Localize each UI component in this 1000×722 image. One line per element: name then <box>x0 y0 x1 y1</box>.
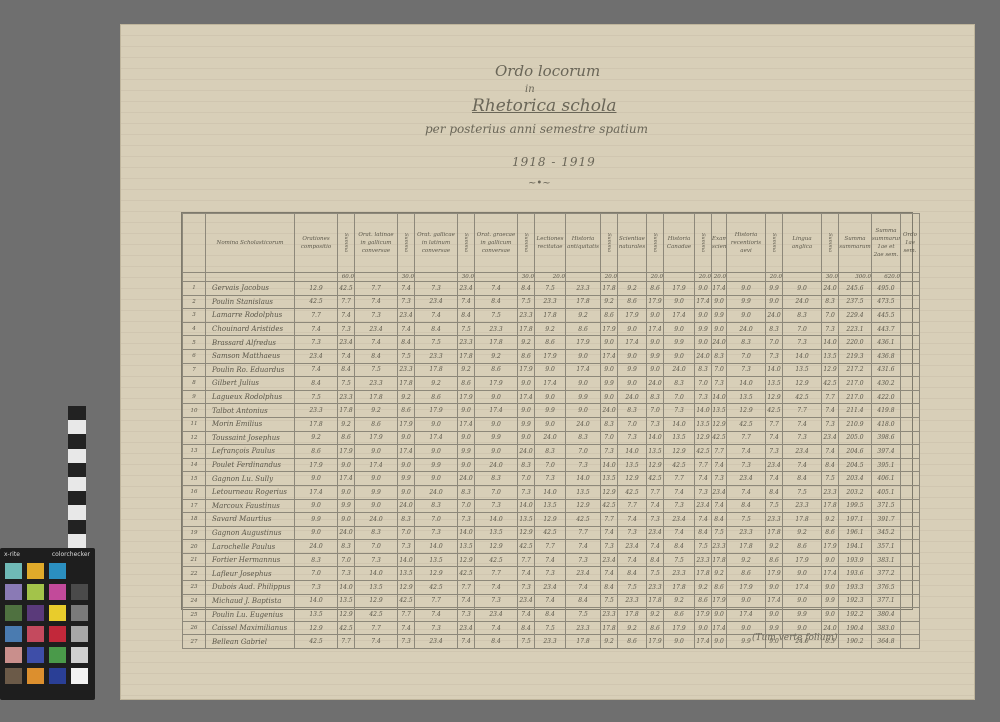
table-row: 9Lagueux Rodolphus7.523.317.89.28.617.99… <box>183 390 920 404</box>
column-max <box>295 273 338 282</box>
semester-total: 204.6 <box>839 445 872 459</box>
grade-cell: 24.0 <box>712 336 727 350</box>
grade-cell: 8.3 <box>295 553 338 567</box>
grade-cell: 7.7 <box>664 472 695 486</box>
grade-cell: 7.3 <box>822 417 839 431</box>
grade-cell: 24.0 <box>727 322 766 336</box>
semester-total: 219.3 <box>839 349 872 363</box>
color-swatch <box>27 647 44 663</box>
column-max: 30.0 <box>822 273 839 282</box>
grade-cell: 9.0 <box>712 295 727 309</box>
grade-cell: 13.5 <box>566 485 601 499</box>
grade-cell: 9.2 <box>695 581 712 595</box>
grade-cell: 13.5 <box>601 472 618 486</box>
rank-cell <box>901 540 920 554</box>
student-name: Poulin Lu. Eugenius <box>206 608 295 622</box>
grade-cell: 9.0 <box>766 608 783 622</box>
grade-cell: 9.9 <box>647 349 664 363</box>
grade-cell: 7.0 <box>475 485 518 499</box>
color-swatch <box>71 605 88 621</box>
grade-cell: 13.5 <box>415 553 458 567</box>
grade-cell: 7.4 <box>535 553 566 567</box>
grade-cell: 42.5 <box>415 581 458 595</box>
grade-cell: 13.5 <box>647 445 664 459</box>
column-max <box>727 273 766 282</box>
table-row: 13Lefrançois Paulus8.617.99.017.49.09.99… <box>183 445 920 459</box>
grade-cell: 12.9 <box>664 445 695 459</box>
year-total: 418.0 <box>872 417 901 431</box>
table-row: 2Poulin Stanislaus42.57.77.47.323.47.48.… <box>183 295 920 309</box>
grade-cell: 17.9 <box>458 390 475 404</box>
grade-cell: 9.0 <box>535 390 566 404</box>
grade-cell: 9.2 <box>601 295 618 309</box>
grade-cell: 8.6 <box>618 295 647 309</box>
grade-cell: 17.4 <box>822 567 839 581</box>
grade-cell: 7.5 <box>415 336 458 350</box>
table-row: 18Savard Maurtius9.99.024.08.37.07.314.0… <box>183 513 920 527</box>
grade-cell: 17.4 <box>695 635 712 649</box>
grade-cell: 9.9 <box>712 309 727 323</box>
column-header: Scientiae naturales <box>618 214 647 273</box>
grade-cell: 24.0 <box>766 309 783 323</box>
rank-cell <box>901 390 920 404</box>
grade-cell: 9.9 <box>822 594 839 608</box>
rank-cell <box>901 431 920 445</box>
grade-cell: 9.0 <box>664 295 695 309</box>
grade-cell: 7.3 <box>766 445 783 459</box>
grade-cell: 7.4 <box>566 540 601 554</box>
column-max: 620.0 <box>872 273 901 282</box>
year-total: 377.1 <box>872 594 901 608</box>
column-max: 20.0 <box>647 273 664 282</box>
grade-cell: 9.0 <box>601 336 618 350</box>
grade-cell: 7.3 <box>475 499 518 513</box>
ornament: ~•~ <box>528 178 551 189</box>
grade-cell: 8.6 <box>822 526 839 540</box>
grade-cell: 7.3 <box>398 635 415 649</box>
color-swatch <box>71 584 88 600</box>
row-number: 5 <box>183 336 206 350</box>
semester-total: 217.0 <box>839 390 872 404</box>
grade-cell: 42.5 <box>518 540 535 554</box>
grade-cell: 17.4 <box>475 404 518 418</box>
grade-cell: 7.7 <box>566 526 601 540</box>
grade-cell: 7.0 <box>712 363 727 377</box>
grade-cell: 9.2 <box>618 621 647 635</box>
grade-cell: 8.3 <box>518 458 535 472</box>
grade-cell: 7.3 <box>618 526 647 540</box>
grade-cell: 13.5 <box>458 540 475 554</box>
grade-cell: 23.3 <box>783 499 822 513</box>
grayscale-strip <box>68 406 86 548</box>
grade-cell: 13.5 <box>695 417 712 431</box>
grade-cell: 17.9 <box>518 363 535 377</box>
table-row: 8Gilbert Julius8.47.523.317.89.28.617.99… <box>183 377 920 391</box>
grade-cell: 7.7 <box>338 635 355 649</box>
grade-cell: 42.5 <box>727 417 766 431</box>
semester-total: 196.1 <box>839 526 872 540</box>
grade-cell: 7.4 <box>475 621 518 635</box>
grade-cell: 7.4 <box>355 336 398 350</box>
grade-cell: 17.9 <box>415 404 458 418</box>
row-number: 26 <box>183 621 206 635</box>
grade-cell: 9.0 <box>295 499 338 513</box>
student-name: Letourneau Rogerius <box>206 485 295 499</box>
grade-cell: 7.5 <box>695 540 712 554</box>
column-max: 30.0 <box>458 273 475 282</box>
grade-cell: 9.0 <box>783 282 822 296</box>
grade-cell: 9.9 <box>458 445 475 459</box>
grade-cell: 17.9 <box>695 608 712 622</box>
grade-cell: 42.5 <box>338 621 355 635</box>
grade-cell: 8.4 <box>518 621 535 635</box>
grade-cell: 12.9 <box>295 282 338 296</box>
grade-cell: 8.6 <box>535 336 566 350</box>
grade-cell: 7.3 <box>695 485 712 499</box>
semester-total: 245.6 <box>839 282 872 296</box>
grade-cell: 7.7 <box>295 309 338 323</box>
grade-cell: 9.0 <box>618 322 647 336</box>
grade-cell: 23.4 <box>338 336 355 350</box>
grade-cell: 9.2 <box>355 404 398 418</box>
grade-cell: 23.3 <box>398 363 415 377</box>
grade-cell: 14.0 <box>822 336 839 350</box>
grade-cell: 17.4 <box>601 349 618 363</box>
grade-cell: 23.3 <box>664 567 695 581</box>
grade-cell: 7.3 <box>458 608 475 622</box>
grade-cell: 24.0 <box>518 445 535 459</box>
grade-cell: 8.6 <box>647 621 664 635</box>
column-header: Summa <box>398 214 415 273</box>
table-row: 16Letourneau Rogerius17.49.09.99.024.08.… <box>183 485 920 499</box>
grade-cell: 17.8 <box>566 635 601 649</box>
grade-cell: 8.4 <box>618 567 647 581</box>
grade-cell: 9.9 <box>338 499 355 513</box>
grade-cell: 9.2 <box>601 635 618 649</box>
rank-cell <box>901 499 920 513</box>
grade-cell: 8.3 <box>355 526 398 540</box>
title-line-1: Ordo locorum <box>495 62 600 80</box>
grade-cell: 9.0 <box>664 635 695 649</box>
row-number: 14 <box>183 458 206 472</box>
grade-cell: 17.4 <box>618 336 647 350</box>
column-header: Summa <box>766 214 783 273</box>
column-header: Summa <box>647 214 664 273</box>
grade-cell: 42.5 <box>535 526 566 540</box>
grade-cell: 23.3 <box>535 295 566 309</box>
grade-cell: 7.7 <box>712 445 727 459</box>
grade-cell: 7.5 <box>618 581 647 595</box>
grade-cell: 42.5 <box>458 567 475 581</box>
column-max: 20.0 <box>766 273 783 282</box>
column-header: Summa <box>338 214 355 273</box>
color-swatch <box>5 647 22 663</box>
grade-cell: 9.2 <box>766 540 783 554</box>
grade-cell: 9.0 <box>783 567 822 581</box>
column-max <box>206 273 295 282</box>
row-number: 6 <box>183 349 206 363</box>
grade-cell: 7.3 <box>822 322 839 336</box>
grade-cell: 7.3 <box>727 363 766 377</box>
grade-cell: 17.9 <box>664 621 695 635</box>
grade-cell: 14.0 <box>566 472 601 486</box>
grade-cell: 12.9 <box>618 472 647 486</box>
grade-cell: 17.9 <box>647 295 664 309</box>
rank-cell <box>901 336 920 350</box>
grade-cell: 7.4 <box>766 431 783 445</box>
grade-cell: 17.8 <box>415 363 458 377</box>
footnote: (Tum verte folium) <box>752 633 838 643</box>
grade-cell: 17.8 <box>695 567 712 581</box>
column-header: Orat. graecae in gallicum conversae <box>475 214 518 273</box>
grade-cell: 7.4 <box>695 472 712 486</box>
grade-cell: 24.0 <box>398 499 415 513</box>
checker-brand-name: colorchecker <box>52 551 90 558</box>
grade-cell: 42.5 <box>695 445 712 459</box>
grade-cell: 7.4 <box>783 417 822 431</box>
grade-cell: 7.5 <box>712 526 727 540</box>
grade-cell: 42.5 <box>566 513 601 527</box>
grade-cell: 17.4 <box>535 377 566 391</box>
student-name: Dubois Aud. Philippus <box>206 581 295 595</box>
semester-total: 194.1 <box>839 540 872 554</box>
grade-cell: 17.9 <box>475 377 518 391</box>
grade-cell: 9.0 <box>618 377 647 391</box>
grade-cell: 17.4 <box>727 608 766 622</box>
student-name: Michaud J. Baptista <box>206 594 295 608</box>
grade-cell: 7.5 <box>518 635 535 649</box>
grade-cell: 7.3 <box>618 431 647 445</box>
table-row: 7Poulin Ro. Eduardus7.48.47.523.317.89.2… <box>183 363 920 377</box>
rank-cell <box>901 445 920 459</box>
grade-cell: 23.3 <box>535 635 566 649</box>
grade-cell: 8.6 <box>338 431 355 445</box>
color-swatch <box>5 668 22 684</box>
grade-cell: 8.6 <box>647 282 664 296</box>
grade-cell: 7.3 <box>415 621 458 635</box>
table-row: 15Gagnon Lu. Sully9.017.49.09.99.024.08.… <box>183 472 920 486</box>
grade-cell: 7.5 <box>355 363 398 377</box>
grade-cell: 23.4 <box>415 635 458 649</box>
grade-cell: 7.4 <box>664 526 695 540</box>
grade-cell: 7.0 <box>415 513 458 527</box>
grade-cell: 17.4 <box>766 594 783 608</box>
title-line-4: per posterius anni semestre spatium <box>425 122 648 136</box>
grade-cell: 7.4 <box>647 540 664 554</box>
grade-cell: 7.0 <box>518 472 535 486</box>
grade-cell: 9.2 <box>518 336 535 350</box>
grade-cell: 8.4 <box>727 499 766 513</box>
grade-cell: 7.4 <box>712 458 727 472</box>
year-total: 345.2 <box>872 526 901 540</box>
grade-cell: 7.7 <box>618 499 647 513</box>
grade-cell: 23.3 <box>355 377 398 391</box>
column-header: Historia Canadae <box>664 214 695 273</box>
grade-cell: 9.2 <box>475 349 518 363</box>
grade-cell: 7.4 <box>518 608 535 622</box>
grade-cell: 13.5 <box>664 431 695 445</box>
grade-cell: 8.6 <box>518 349 535 363</box>
grade-cell: 9.0 <box>475 417 518 431</box>
color-checker-card: x-rite colorchecker <box>0 548 95 700</box>
grade-cell: 9.9 <box>535 404 566 418</box>
grade-cell: 9.0 <box>695 621 712 635</box>
semester-total: 199.5 <box>839 499 872 513</box>
row-number: 1 <box>183 282 206 296</box>
grade-cell: 8.6 <box>458 377 475 391</box>
grade-cell: 7.4 <box>415 309 458 323</box>
grade-cell: 7.5 <box>647 567 664 581</box>
grade-cell: 9.0 <box>566 404 601 418</box>
grade-cell: 9.0 <box>566 349 601 363</box>
grade-cell: 8.3 <box>647 390 664 404</box>
year-total: 436.8 <box>872 349 901 363</box>
grade-cell: 7.3 <box>295 581 338 595</box>
grade-cell: 8.6 <box>398 404 415 418</box>
column-max <box>618 273 647 282</box>
grade-cell: 7.3 <box>458 513 475 527</box>
grade-cell: 7.5 <box>822 472 839 486</box>
grade-cell: 12.9 <box>783 377 822 391</box>
grade-cell: 14.0 <box>518 499 535 513</box>
grade-cell: 7.4 <box>695 513 712 527</box>
grade-cell: 7.3 <box>535 472 566 486</box>
year-total: 383.1 <box>872 553 901 567</box>
grade-cell: 23.4 <box>458 621 475 635</box>
grade-cell: 8.3 <box>475 472 518 486</box>
grade-cell: 7.5 <box>295 390 338 404</box>
row-number: 20 <box>183 540 206 554</box>
swatch-grid <box>5 563 89 685</box>
table-row: 11Morin Emilius17.89.28.617.99.017.49.09… <box>183 417 920 431</box>
table-row: 12Toussaint Josephus9.28.617.99.017.49.0… <box>183 431 920 445</box>
column-max <box>901 273 920 282</box>
semester-total: 190.2 <box>839 635 872 649</box>
grade-cell: 23.4 <box>664 513 695 527</box>
grade-cell: 7.4 <box>295 322 338 336</box>
grade-cell: 9.2 <box>398 390 415 404</box>
grade-cell: 9.0 <box>458 404 475 418</box>
grade-cell: 7.0 <box>647 404 664 418</box>
table-row: 19Gagnon Augustinus9.024.08.37.07.314.01… <box>183 526 920 540</box>
color-swatch <box>27 605 44 621</box>
year-total: 495.0 <box>872 282 901 296</box>
table-row: 24Michaud J. Baptista14.013.512.942.57.7… <box>183 594 920 608</box>
grade-cell: 7.4 <box>338 349 355 363</box>
grade-cell: 8.3 <box>618 404 647 418</box>
grade-cell: 8.6 <box>664 608 695 622</box>
row-number: 25 <box>183 608 206 622</box>
grade-cell: 23.3 <box>566 621 601 635</box>
grade-cell: 42.5 <box>338 282 355 296</box>
grade-cell: 8.6 <box>618 635 647 649</box>
grade-cell: 9.2 <box>822 513 839 527</box>
grade-cell: 7.7 <box>415 594 458 608</box>
student-name: Bellean Gabriel <box>206 635 295 649</box>
grade-cell: 12.9 <box>295 621 338 635</box>
grade-cell: 7.7 <box>766 417 783 431</box>
grade-cell: 9.0 <box>458 431 475 445</box>
grade-cell: 23.3 <box>618 594 647 608</box>
semester-total: 223.1 <box>839 322 872 336</box>
grade-cell: 7.7 <box>783 404 822 418</box>
grade-cell: 7.3 <box>415 282 458 296</box>
grade-cell: 7.4 <box>398 621 415 635</box>
grade-cell: 7.0 <box>601 431 618 445</box>
grade-cell: 17.8 <box>601 282 618 296</box>
grade-cell: 7.0 <box>783 322 822 336</box>
year-total: 445.5 <box>872 309 901 323</box>
grade-cell: 7.5 <box>535 621 566 635</box>
grade-cell: 7.4 <box>601 526 618 540</box>
color-swatch <box>71 563 88 579</box>
grade-cell: 7.4 <box>475 581 518 595</box>
grade-cell: 23.4 <box>618 540 647 554</box>
grade-cell: 7.7 <box>355 282 398 296</box>
grade-cell: 17.9 <box>295 458 338 472</box>
grade-cell: 8.3 <box>822 295 839 309</box>
title-line-3: Rhetorica schola <box>472 96 617 116</box>
grade-cell: 9.9 <box>518 417 535 431</box>
grade-cell: 7.3 <box>355 553 398 567</box>
grade-cell: 8.3 <box>695 363 712 377</box>
grade-cell: 7.3 <box>783 431 822 445</box>
grade-cell: 42.5 <box>712 431 727 445</box>
grade-cell: 17.8 <box>647 594 664 608</box>
grade-cell: 8.3 <box>664 377 695 391</box>
year-total: 473.5 <box>872 295 901 309</box>
column-max: 20.0 <box>535 273 566 282</box>
grade-cell: 9.0 <box>727 594 766 608</box>
grade-cell: 7.3 <box>475 594 518 608</box>
grade-cell: 17.8 <box>458 349 475 363</box>
grade-cell: 7.3 <box>338 567 355 581</box>
grade-cell: 17.9 <box>766 567 783 581</box>
grade-cell: 8.4 <box>355 349 398 363</box>
rank-cell <box>901 485 920 499</box>
grade-cell: 7.0 <box>566 445 601 459</box>
column-header: Lectiones recitatae <box>535 214 566 273</box>
rank-cell <box>901 295 920 309</box>
grade-cell: 9.0 <box>664 349 695 363</box>
grade-cell: 7.3 <box>647 417 664 431</box>
grade-cell: 17.8 <box>295 417 338 431</box>
grade-cell: 17.8 <box>664 581 695 595</box>
grade-cell: 42.5 <box>295 295 338 309</box>
grade-cell: 14.0 <box>647 431 664 445</box>
grades-table: Nomina ScholasticorumOrationes compositi… <box>181 212 913 610</box>
year-total: 391.7 <box>872 513 901 527</box>
row-number: 4 <box>183 322 206 336</box>
year-total: 383.0 <box>872 621 901 635</box>
grade-cell: 42.5 <box>766 404 783 418</box>
grade-cell: 7.7 <box>338 295 355 309</box>
rank-cell <box>901 526 920 540</box>
student-name: Gagnon Augustinus <box>206 526 295 540</box>
rank-cell <box>901 594 920 608</box>
grade-cell: 23.3 <box>601 608 618 622</box>
grade-cell: 14.0 <box>458 526 475 540</box>
grade-cell: 23.3 <box>822 485 839 499</box>
grade-cell: 8.4 <box>535 608 566 622</box>
grade-cell: 12.9 <box>712 417 727 431</box>
table-row: 20Larochelle Paulus24.08.37.07.314.013.5… <box>183 540 920 554</box>
grade-cell: 7.3 <box>712 377 727 391</box>
grade-cell: 23.4 <box>712 485 727 499</box>
grade-cell: 17.8 <box>518 322 535 336</box>
grade-cell: 7.4 <box>647 499 664 513</box>
grade-cell: 14.0 <box>712 390 727 404</box>
